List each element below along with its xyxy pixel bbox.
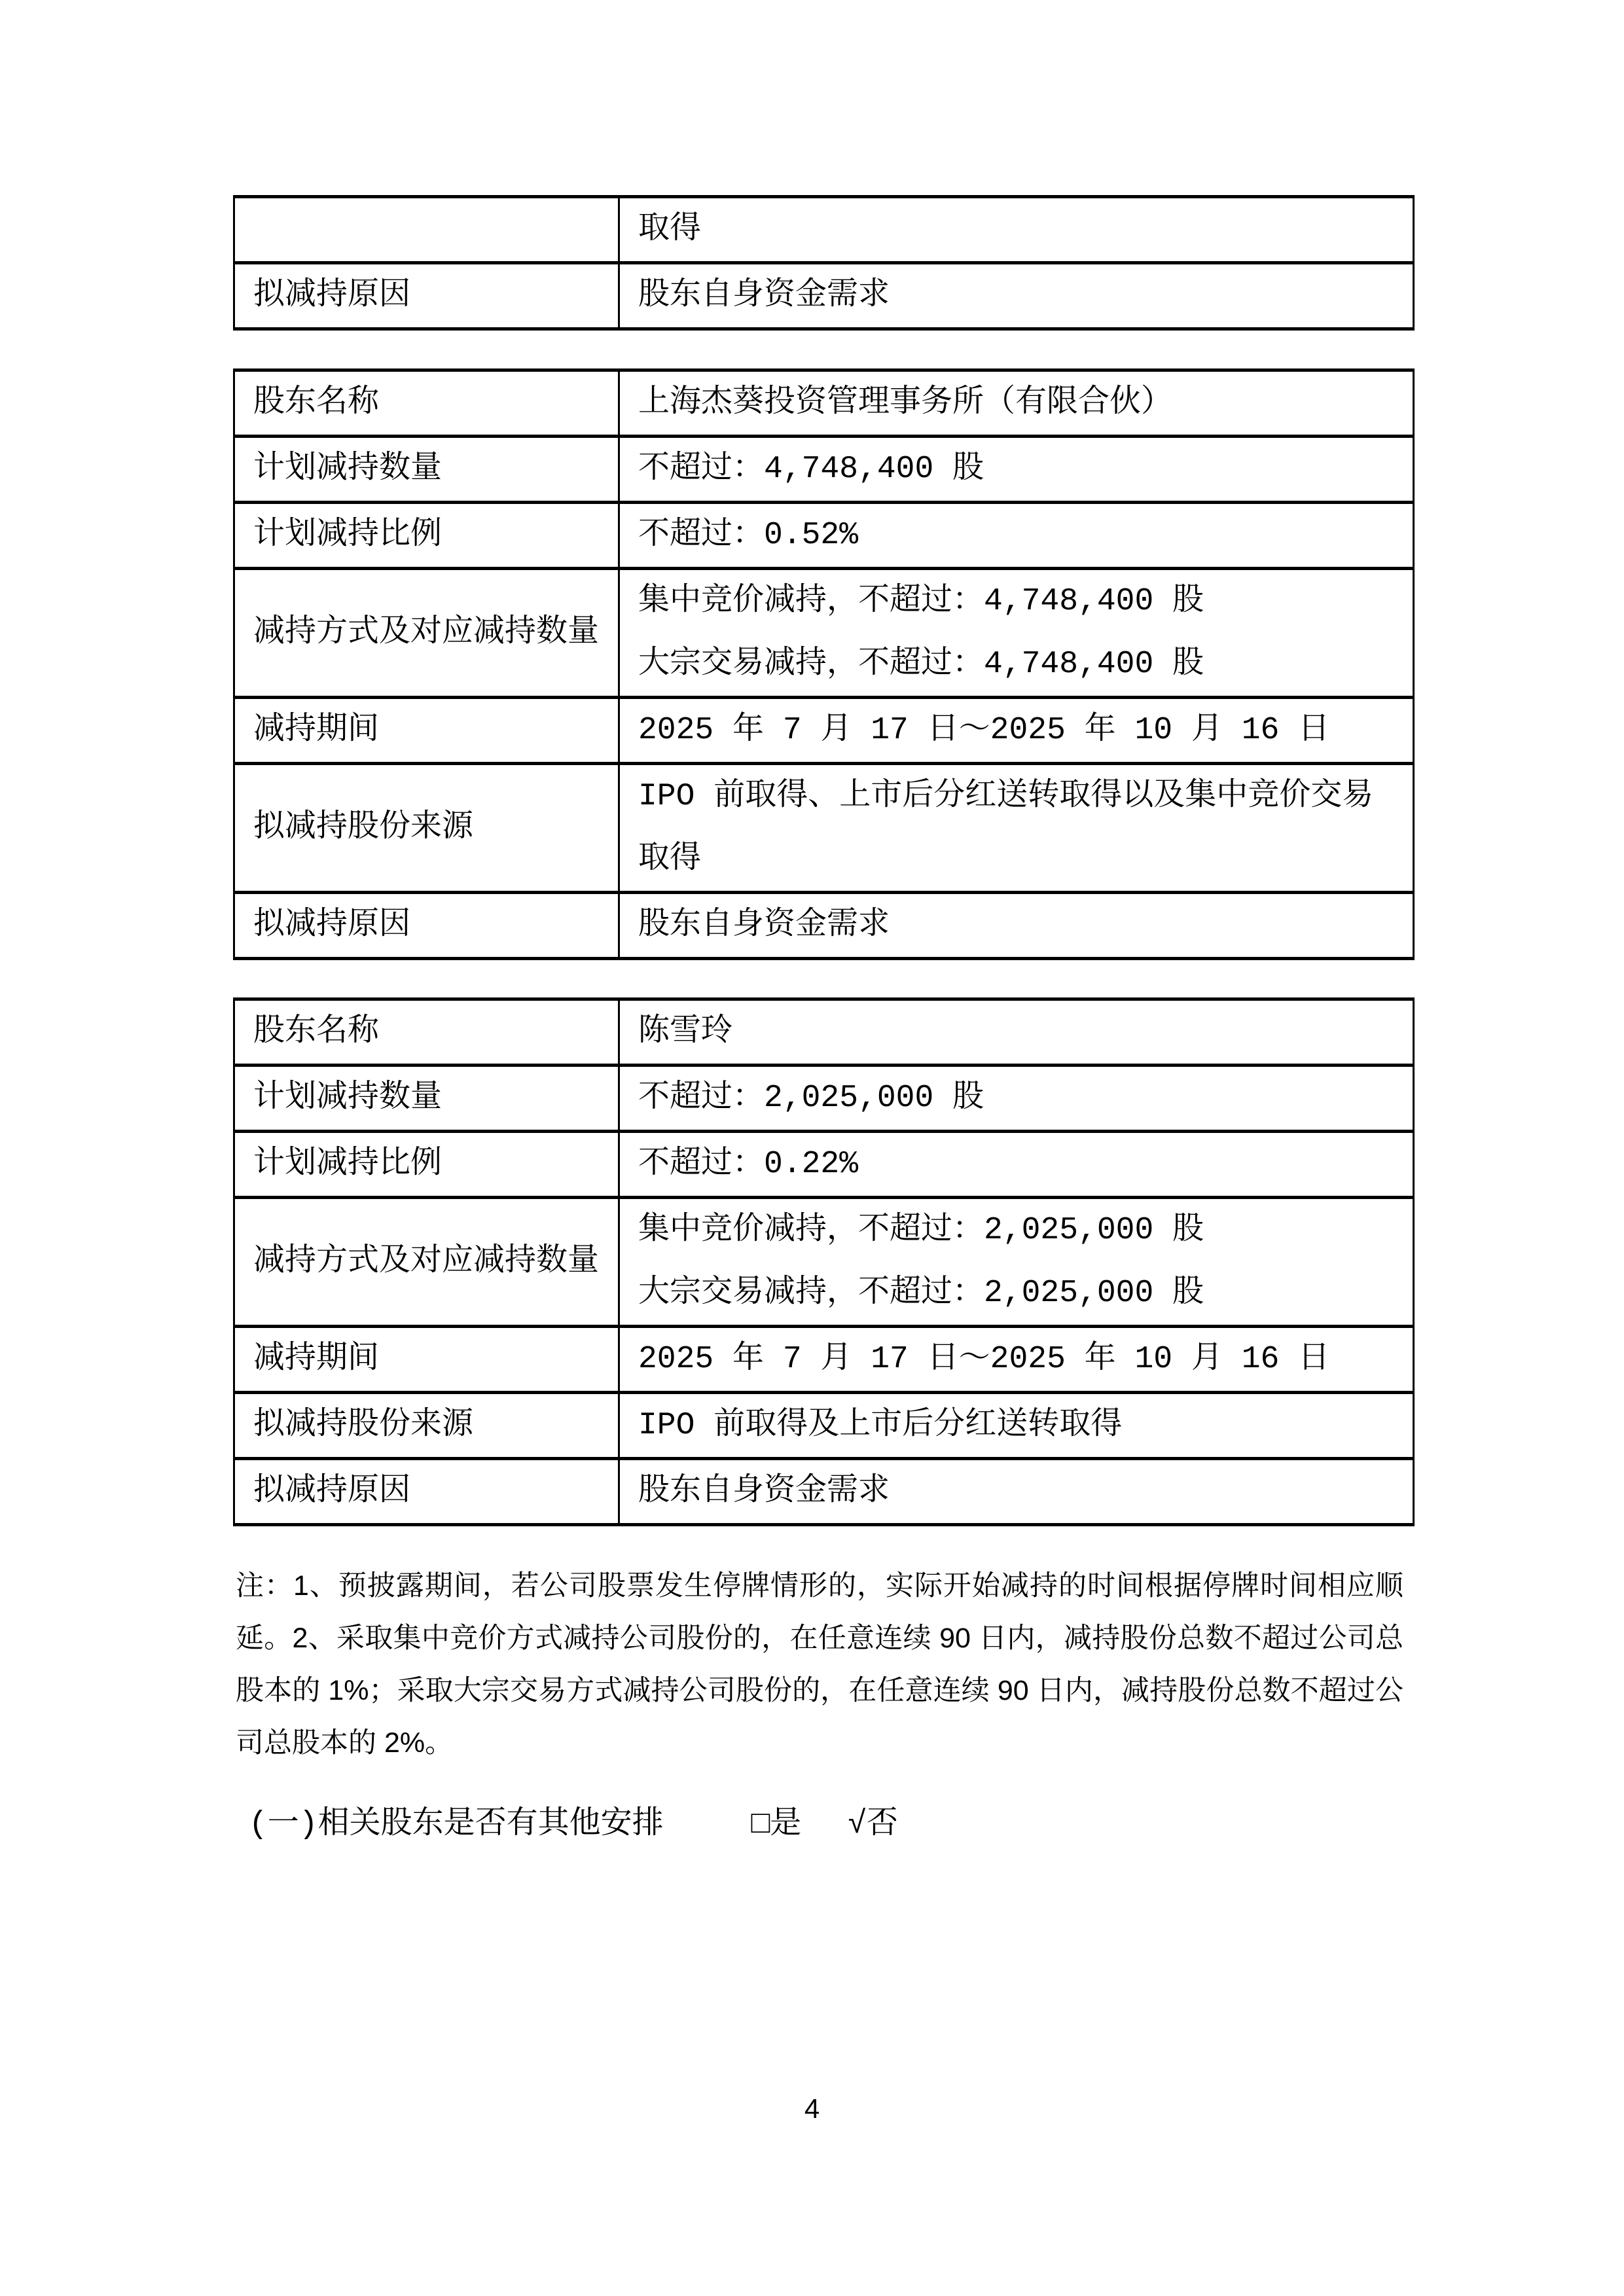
table-row: 拟减持股份来源IPO 前取得、上市后分红送转取得以及集中竞价交易取得 (234, 764, 1414, 893)
row-value-cell: 不超过：0.22% (619, 1132, 1414, 1198)
table-row: 拟减持原因股东自身资金需求 (234, 893, 1414, 959)
row-value-cell: 不超过：0.52% (619, 503, 1414, 569)
table-row: 股东名称上海杰葵投资管理事务所（有限合伙） (234, 370, 1414, 437)
note-paragraph: 注：1、预披露期间，若公司股票发生停牌情形的，实际开始减持的时间根据停牌时间相应… (236, 1560, 1403, 1769)
page-number: 4 (0, 2093, 1624, 2125)
checkbox-yes-option: □是 (751, 1807, 801, 1842)
table-row: 计划减持数量不超过：2,025,000 股 (234, 1066, 1414, 1132)
row-label-cell (234, 197, 619, 263)
table-row: 股东名称陈雪玲 (234, 999, 1414, 1066)
question-label: (一)相关股东是否有其他安排 (249, 1807, 664, 1842)
other-arrangement-question: (一)相关股东是否有其他安排 □是 √否 (249, 1801, 898, 1848)
row-value-cell: 2025 年 7 月 17 日～2025 年 10 月 16 日 (619, 1327, 1414, 1393)
checkbox-no-option: √否 (848, 1807, 898, 1842)
reduction-plan-table-chenxueling: 股东名称陈雪玲计划减持数量不超过：2,025,000 股计划减持比例不超过：0.… (233, 997, 1415, 1526)
table-row: 拟减持原因股东自身资金需求 (234, 263, 1414, 329)
row-label-cell: 拟减持原因 (234, 263, 619, 329)
table-row: 减持方式及对应减持数量集中竞价减持，不超过：4,748,400 股大宗交易减持，… (234, 569, 1414, 698)
reduction-plan-table-shanghai-jiekui: 股东名称上海杰葵投资管理事务所（有限合伙）计划减持数量不超过：4,748,400… (233, 368, 1415, 960)
row-label-cell: 减持期间 (234, 698, 619, 764)
row-value-cell: 股东自身资金需求 (619, 893, 1414, 959)
row-value-cell: 取得 (619, 197, 1414, 263)
row-label-cell: 减持方式及对应减持数量 (234, 569, 619, 698)
table-row: 计划减持比例不超过：0.52% (234, 503, 1414, 569)
row-label-cell: 拟减持原因 (234, 1459, 619, 1525)
table-row: 拟减持股份来源IPO 前取得及上市后分红送转取得 (234, 1393, 1414, 1459)
row-label-cell: 计划减持数量 (234, 437, 619, 503)
table-row: 计划减持数量不超过：4,748,400 股 (234, 437, 1414, 503)
row-value-cell: 集中竞价减持，不超过：4,748,400 股大宗交易减持，不超过：4,748,4… (619, 569, 1414, 698)
row-label-cell: 减持期间 (234, 1327, 619, 1393)
table-row: 减持方式及对应减持数量集中竞价减持，不超过：2,025,000 股大宗交易减持，… (234, 1198, 1414, 1327)
row-value-cell: 集中竞价减持，不超过：2,025,000 股大宗交易减持，不超过：2,025,0… (619, 1198, 1414, 1327)
table-row: 拟减持原因股东自身资金需求 (234, 1459, 1414, 1525)
row-value-cell: 陈雪玲 (619, 999, 1414, 1066)
table-row: 取得 (234, 197, 1414, 263)
row-label-cell: 减持方式及对应减持数量 (234, 1198, 619, 1327)
row-value-cell: 上海杰葵投资管理事务所（有限合伙） (619, 370, 1414, 437)
row-label-cell: 股东名称 (234, 999, 619, 1066)
row-label-cell: 计划减持数量 (234, 1066, 619, 1132)
table-row: 减持期间2025 年 7 月 17 日～2025 年 10 月 16 日 (234, 698, 1414, 764)
reduction-plan-table-continuation: 取得拟减持原因股东自身资金需求 (233, 195, 1415, 331)
table-row: 计划减持比例不超过：0.22% (234, 1132, 1414, 1198)
row-value-cell: 不超过：2,025,000 股 (619, 1066, 1414, 1132)
row-value-cell: 2025 年 7 月 17 日～2025 年 10 月 16 日 (619, 698, 1414, 764)
row-value-cell: 股东自身资金需求 (619, 263, 1414, 329)
row-label-cell: 股东名称 (234, 370, 619, 437)
row-value-cell: 股东自身资金需求 (619, 1459, 1414, 1525)
row-label-cell: 计划减持比例 (234, 1132, 619, 1198)
table-row: 减持期间2025 年 7 月 17 日～2025 年 10 月 16 日 (234, 1327, 1414, 1393)
row-label-cell: 拟减持股份来源 (234, 1393, 619, 1459)
document-page: 取得拟减持原因股东自身资金需求 股东名称上海杰葵投资管理事务所（有限合伙）计划减… (0, 0, 1624, 2296)
row-value-cell: IPO 前取得及上市后分红送转取得 (619, 1393, 1414, 1459)
row-label-cell: 拟减持股份来源 (234, 764, 619, 893)
row-label-cell: 计划减持比例 (234, 503, 619, 569)
row-value-cell: IPO 前取得、上市后分红送转取得以及集中竞价交易取得 (619, 764, 1414, 893)
row-value-cell: 不超过：4,748,400 股 (619, 437, 1414, 503)
row-label-cell: 拟减持原因 (234, 893, 619, 959)
